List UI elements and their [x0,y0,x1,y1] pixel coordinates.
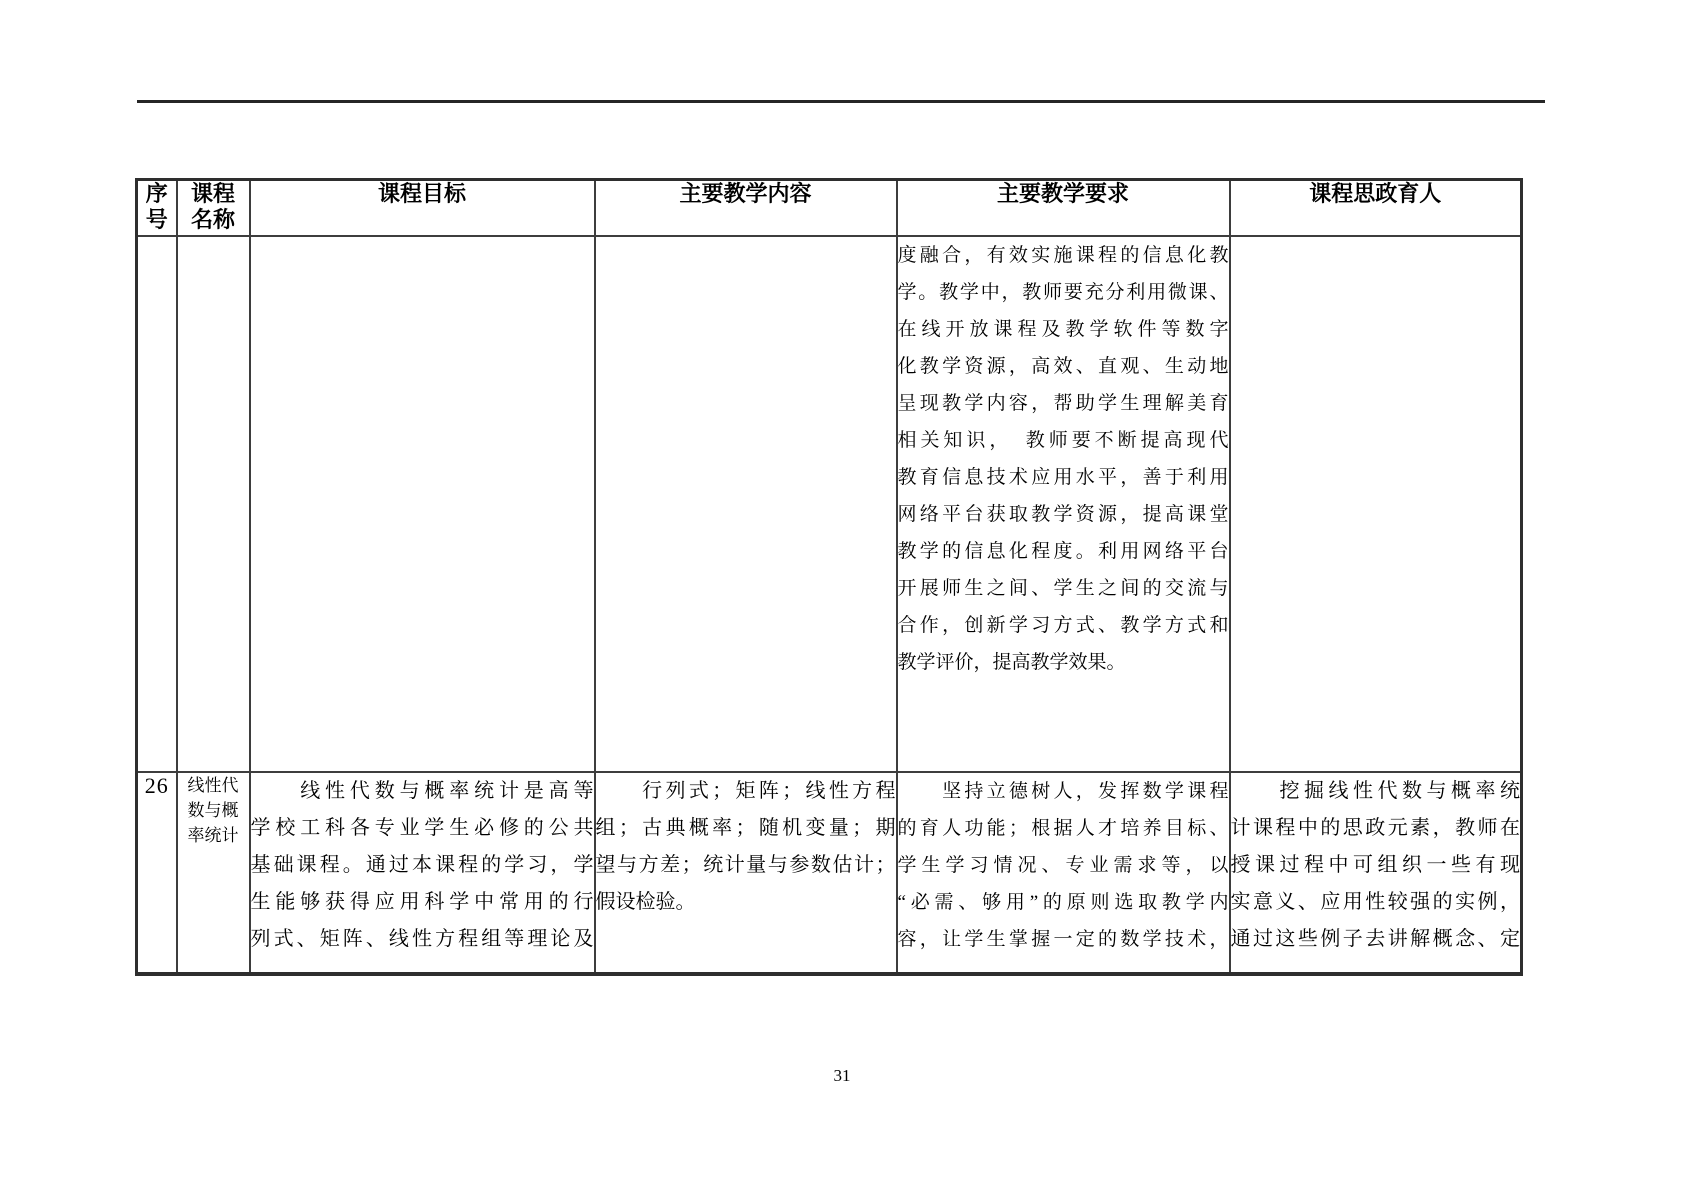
cell-course-name [177,236,250,772]
text-line: 组；古典概率；随机变量；期 [596,810,896,847]
text-line: 的育人功能；根据人才培养目标、 [898,810,1229,847]
text-line: 课程 [178,181,249,207]
cell-ideology-education: 挖掘线性代数与概率统计课程中的思政元素，教师在授课过程中可组织一些有现实意义、应… [1230,772,1522,974]
text-line: 学。教学中，教师要充分利用微课、 [898,274,1229,311]
text-line: 授课过程中可组织一些有现 [1231,847,1521,884]
cell-teaching-content [595,236,897,772]
text-line: 合作，创新学习方式、教学方式和 [898,607,1229,644]
text-line: 课程思政育人 [1231,181,1521,207]
text-line: 教学评价，提高教学效果。 [898,644,1229,681]
text-line: 开展师生之间、学生之间的交流与 [898,570,1229,607]
cell-ideology-education [1230,236,1522,772]
page-number: 31 [0,1066,1684,1086]
col-header-course-name: 课程名称 [177,180,250,236]
cell-index: 26 [137,772,177,974]
text-line: 数与概 [178,798,249,823]
col-header-ideology-education: 课程思政育人 [1230,180,1522,236]
table-row-26: 26 线性代数与概率统计 线性代数与概率统计是高等学校工科各专业学生必修的公共基… [137,772,1522,974]
text-line: 假设检验。 [596,884,896,921]
text-line: 列式、矩阵、线性方程组等理论及 [251,921,594,958]
text-line: 率统计 [178,823,249,848]
text-line: 坚持立德树人，发挥数学课程 [898,773,1229,810]
text-line: 化教学资源，高效、直观、生动地 [898,348,1229,385]
text-line: 号 [138,207,176,233]
cell-course-name: 线性代数与概率统计 [177,772,250,974]
header-rule-divider [137,100,1545,103]
text-line: 主要教学内容 [596,181,896,207]
text-line: 线性代 [178,773,249,798]
text-line: 课程目标 [251,181,594,207]
course-syllabus-table: 序号 课程名称 课程目标 主要教学内容 主要教学要求 课程思政育人 度融合，有效… [135,178,1523,976]
cell-teaching-requirements: 度融合，有效实施课程的信息化教学。教学中，教师要充分利用微课、在线开放课程及教学… [897,236,1230,772]
text-line: 基础课程。通过本课程的学习，学 [251,847,594,884]
text-line: 主要教学要求 [898,181,1229,207]
text-line: 望与方差；统计量与参数估计； [596,847,896,884]
table-row-continuation: 度融合，有效实施课程的信息化教学。教学中，教师要充分利用微课、在线开放课程及教学… [137,236,1522,772]
col-header-teaching-content: 主要教学内容 [595,180,897,236]
text-line: 生能够获得应用科学中常用的行 [251,884,594,921]
text-line: 相关知识， 教师要不断提高现代 [898,422,1229,459]
col-header-course-objectives: 课程目标 [250,180,595,236]
col-header-teaching-requirements: 主要教学要求 [897,180,1230,236]
text-line: 通过这些例子去讲解概念、定 [1231,921,1521,958]
text-line: 在线开放课程及教学软件等数字 [898,311,1229,348]
text-line: “必需、够用”的原则选取教学内 [898,884,1229,921]
col-header-index: 序号 [137,180,177,236]
text-line: 学生学习情况、专业需求等，以 [898,847,1229,884]
text-line: 容，让学生掌握一定的数学技术， [898,921,1229,958]
text-line: 网络平台获取教学资源，提高课堂 [898,496,1229,533]
text-line: 学校工科各专业学生必修的公共 [251,810,594,847]
text-line: 行列式；矩阵；线性方程 [596,773,896,810]
text-line: 教学的信息化程度。利用网络平台 [898,533,1229,570]
cell-index [137,236,177,772]
document-page: 序号 课程名称 课程目标 主要教学内容 主要教学要求 课程思政育人 度融合，有效… [0,0,1684,1191]
text-line: 计课程中的思政元素，教师在 [1231,810,1521,847]
text-line: 名称 [178,207,249,233]
cell-teaching-requirements: 坚持立德树人，发挥数学课程的育人功能；根据人才培养目标、学生学习情况、专业需求等… [897,772,1230,974]
cell-teaching-content: 行列式；矩阵；线性方程组；古典概率；随机变量；期望与方差；统计量与参数估计；假设… [595,772,897,974]
text-line: 实意义、应用性较强的实例， [1231,884,1521,921]
cell-course-objectives [250,236,595,772]
text-line: 度融合，有效实施课程的信息化教 [898,237,1229,274]
table-header-row: 序号 课程名称 课程目标 主要教学内容 主要教学要求 课程思政育人 [137,180,1522,236]
text-line: 教育信息技术应用水平，善于利用 [898,459,1229,496]
text-line: 挖掘线性代数与概率统 [1231,773,1521,810]
cell-course-objectives: 线性代数与概率统计是高等学校工科各专业学生必修的公共基础课程。通过本课程的学习，… [250,772,595,974]
text-line: 序 [138,181,176,207]
text-line: 呈现教学内容，帮助学生理解美育 [898,385,1229,422]
text-line: 线性代数与概率统计是高等 [251,773,594,810]
